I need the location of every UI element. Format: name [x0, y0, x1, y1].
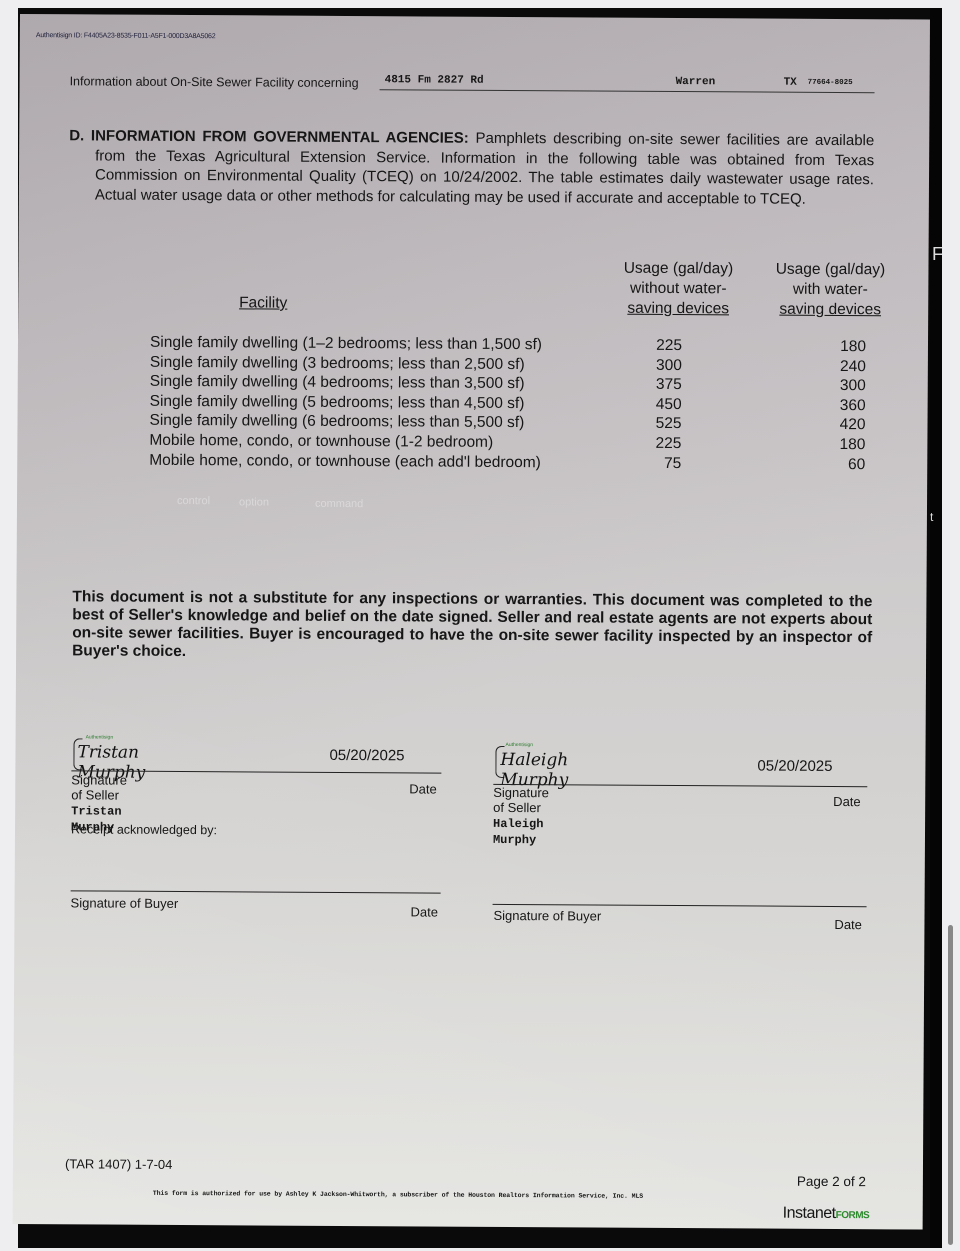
buyer-signature-label: Signature of Buyer: [493, 908, 601, 924]
buyer-signature-line[interactable]: [71, 890, 441, 893]
form-id: (TAR 1407) 1-7-04: [65, 1156, 173, 1172]
section-d: D. INFORMATION FROM GOVERNMENTAL AGENCIE…: [69, 126, 874, 209]
column-header-without: Usage (gal/day) without water- saving de…: [598, 259, 758, 320]
envelope-id: Authentisign ID: F4405A23-8535-F011-A5F1…: [36, 32, 216, 40]
column-header-with: Usage (gal/day) with water- saving devic…: [750, 259, 910, 320]
date-label: Date: [409, 781, 437, 796]
buyer-signature-line[interactable]: [493, 904, 867, 907]
buyer-signature-label: Signature of Buyer: [71, 895, 179, 911]
address-field: 4815 Fm 2827 Rd Warren TX 77664-8025: [380, 74, 875, 93]
esign-tag: Authentisign: [506, 742, 534, 748]
section-d-heading: D. INFORMATION FROM GOVERNMENTAL AGENCIE…: [69, 127, 469, 146]
disclaimer-text: This document is not a substitute for an…: [72, 588, 872, 665]
authorization-notice: This form is authorized for use by Ashle…: [153, 1190, 643, 1200]
zip-value: 77664-8025: [808, 79, 853, 87]
table-body: Single family dwelling (1–2 bedrooms; le…: [149, 333, 870, 475]
adjacent-window-edge: F t: [930, 8, 942, 1248]
header-label: Information about On-Site Sewer Facility…: [70, 74, 359, 90]
seller-date: 05/20/2025: [329, 747, 404, 764]
date-label: Date: [833, 794, 861, 809]
reflected-key-label: control: [177, 495, 210, 507]
reflected-key-label: option: [239, 496, 269, 508]
state-value: TX: [784, 77, 797, 89]
document-page: Authentisign ID: F4405A23-8535-F011-A5F1…: [13, 14, 930, 1230]
address-value: 4815 Fm 2827 Rd: [385, 74, 484, 87]
edge-glyph: F: [932, 244, 943, 265]
edge-glyph: t: [930, 510, 933, 524]
scrollbar[interactable]: [948, 925, 953, 1245]
property-header: Information about On-Site Sewer Facility…: [70, 72, 875, 77]
seller-date: 05/20/2025: [757, 758, 832, 775]
seller-signature-label: Signature of Seller Haleigh Murphy: [493, 785, 549, 847]
page-number: Page 2 of 2: [797, 1174, 866, 1189]
date-label: Date: [834, 917, 862, 932]
city-value: Warren: [676, 76, 716, 88]
usage-table: Usage (gal/day) without water- saving de…: [79, 240, 879, 245]
date-label: Date: [410, 904, 438, 919]
reflected-key-label: command: [315, 498, 363, 510]
receipt-label: Receipt acknowledged by:: [71, 822, 217, 837]
esign-tag: Authentisign: [86, 734, 114, 740]
instanet-logo: InstanetFORMS: [783, 1205, 870, 1224]
column-header-facility: Facility: [228, 293, 298, 313]
table-row: Mobile home, condo, or townhouse (each a…: [149, 450, 869, 474]
seller-printed-name: Haleigh Murphy: [493, 817, 544, 847]
